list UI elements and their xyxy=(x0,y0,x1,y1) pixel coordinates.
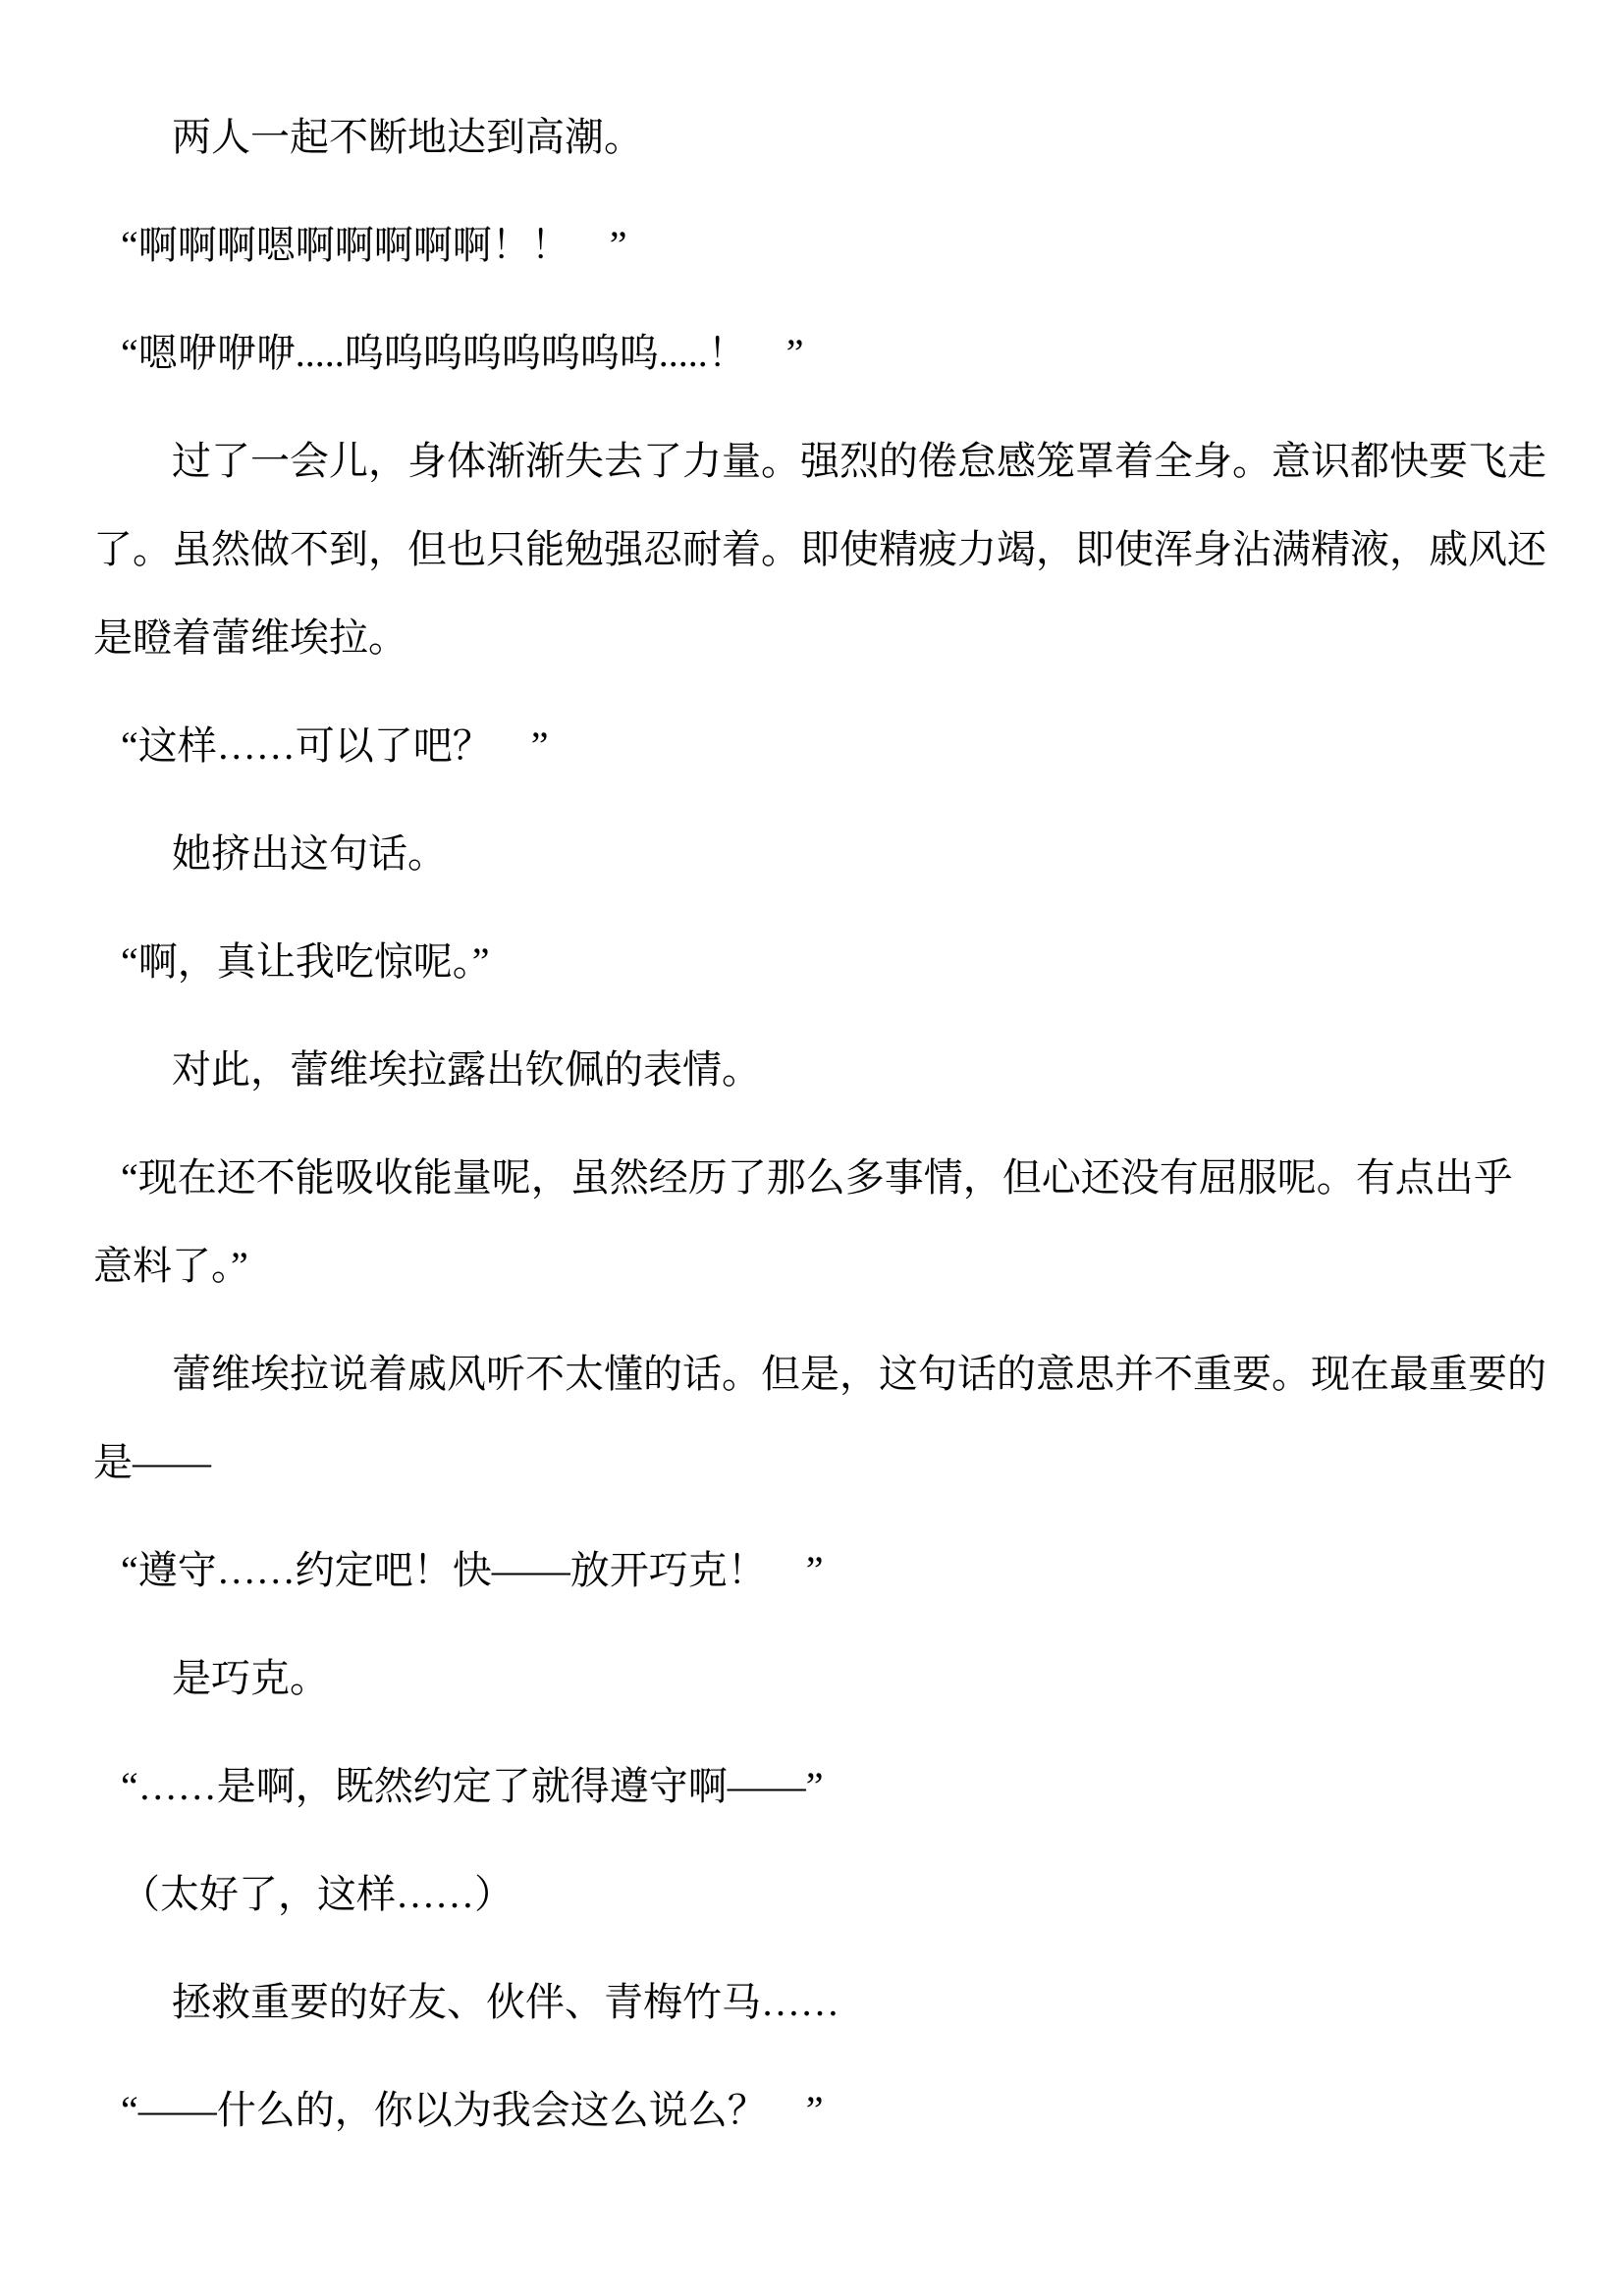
narrative-paragraph: 是巧克。 xyxy=(93,1634,1550,1723)
page-body: 两人一起不断地达到高潮。“啊啊啊嗯啊啊啊啊啊！！ ”“嗯咿咿咿.....呜呜呜呜… xyxy=(93,93,1550,2155)
dialogue-paragraph: “遵守……约定吧！快——放开巧克！ ” xyxy=(93,1526,1550,1615)
narrative-paragraph: 拯救重要的好友、伙伴、青梅竹马…… xyxy=(93,1958,1550,2047)
dialogue-paragraph: “现在还不能吸收能量呢，虽然经历了那么多事情，但心还没有屈服呢。有点出乎 意料了… xyxy=(93,1134,1550,1310)
narrative-paragraph: 两人一起不断地达到高潮。 xyxy=(93,93,1550,182)
dialogue-paragraph: “……是啊，既然约定了就得遵守啊——” xyxy=(93,1742,1550,1831)
narrative-paragraph: 蕾维埃拉说着戚风听不太懂的话。但是，这句话的意思并不重要。现在最重要的 是—— xyxy=(93,1330,1550,1507)
dialogue-paragraph: “啊啊啊嗯啊啊啊啊啊！！ ” xyxy=(93,201,1550,290)
document-page: 两人一起不断地达到高潮。“啊啊啊嗯啊啊啊啊啊！！ ”“嗯咿咿咿.....呜呜呜呜… xyxy=(0,0,1624,2296)
dialogue-paragraph: “——什么的，你以为我会这么说么？ ” xyxy=(93,2066,1550,2155)
narrative-paragraph: 过了一会儿，身体渐渐失去了力量。强烈的倦怠感笼罩着全身。意识都快要飞走 了。虽然… xyxy=(93,417,1550,682)
narrative-paragraph: 她挤出这句话。 xyxy=(93,810,1550,898)
dialogue-paragraph: （太好了，这样……） xyxy=(93,1850,1550,1939)
narrative-paragraph: 对此，蕾维埃拉露出钦佩的表情。 xyxy=(93,1026,1550,1114)
dialogue-paragraph: “嗯咿咿咿.....呜呜呜呜呜呜呜呜.....！ ” xyxy=(93,309,1550,398)
dialogue-paragraph: “这样……可以了吧？ ” xyxy=(93,702,1550,790)
dialogue-paragraph: “啊，真让我吃惊呢。” xyxy=(93,918,1550,1006)
